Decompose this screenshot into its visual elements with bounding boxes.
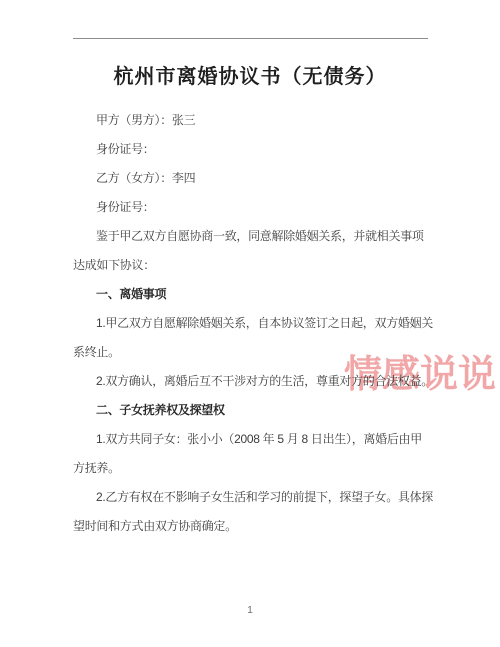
document-line: 2.双方确认，离婚后互不干涉对方的生活，尊重对方的合法权益。 xyxy=(73,367,429,396)
document-page: 杭州市离婚协议书（无债务） 情感说说 甲方（男方）：张三 身份证号： 乙方（女方… xyxy=(0,0,500,647)
document-title: 杭州市离婚协议书（无债务） xyxy=(0,60,500,89)
page-number: 1 xyxy=(0,605,500,616)
document-body: 甲方（男方）：张三 身份证号： 乙方（女方）：李四 身份证号： 鉴于甲乙双方自愿… xyxy=(73,106,429,541)
document-line: 甲方（男方）：张三 xyxy=(73,106,429,135)
document-line: 达成如下协议： xyxy=(73,251,429,280)
document-line: 方抚养。 xyxy=(73,454,429,483)
document-line: 系终止。 xyxy=(73,338,429,367)
section-heading: 一、离婚事项 xyxy=(73,280,429,309)
document-line: 鉴于甲乙双方自愿协商一致，同意解除婚姻关系，并就相关事项 xyxy=(73,222,429,251)
document-line: 2.乙方有权在不影响子女生活和学习的前提下，探望子女。具体探 xyxy=(73,483,429,512)
document-line: 身份证号： xyxy=(73,193,429,222)
document-line: 乙方（女方）：李四 xyxy=(73,164,429,193)
section-heading: 二、子女抚养权及探望权 xyxy=(73,396,429,425)
document-line: 1.双方共同子女：张小小（2008 年 5 月 8 日出生），离婚后由甲 xyxy=(73,425,429,454)
document-line: 身份证号： xyxy=(73,135,429,164)
document-line: 望时间和方式由双方协商确定。 xyxy=(73,512,429,541)
document-line: 1.甲乙双方自愿解除婚姻关系，自本协议签订之日起，双方婚姻关 xyxy=(73,309,429,338)
header-rule xyxy=(73,38,428,39)
